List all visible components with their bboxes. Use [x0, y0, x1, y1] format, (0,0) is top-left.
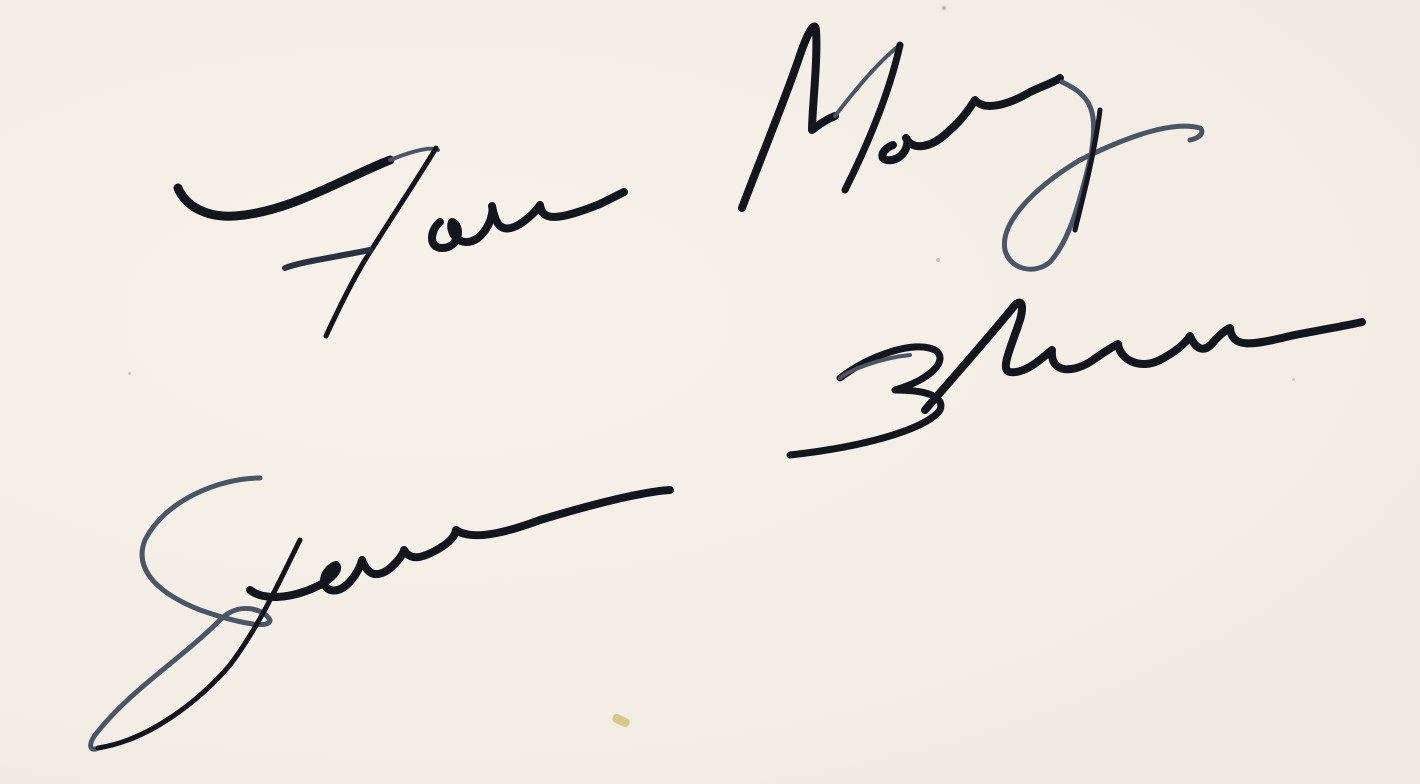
paper-speck [128, 372, 131, 375]
paper-speck [1292, 378, 1295, 381]
stroke-for-letters [432, 192, 624, 248]
stroke-for-crossbar [285, 250, 370, 268]
stroke-mary-m [742, 26, 835, 208]
paper-speck [936, 258, 940, 262]
stroke-mary-letters [882, 78, 1060, 160]
handwriting-ink [0, 0, 1420, 784]
stroke-for-stem [326, 148, 436, 336]
stroke-james-letters [250, 490, 670, 597]
stroke-olson-o [790, 347, 941, 455]
stroke-for-swoosh [178, 160, 390, 216]
stroke-mary-y-loop [1004, 82, 1202, 269]
paper-speck [942, 6, 946, 10]
stroke-olson-letters [925, 303, 1362, 410]
autograph-card: For Mary James Olson [0, 0, 1420, 784]
